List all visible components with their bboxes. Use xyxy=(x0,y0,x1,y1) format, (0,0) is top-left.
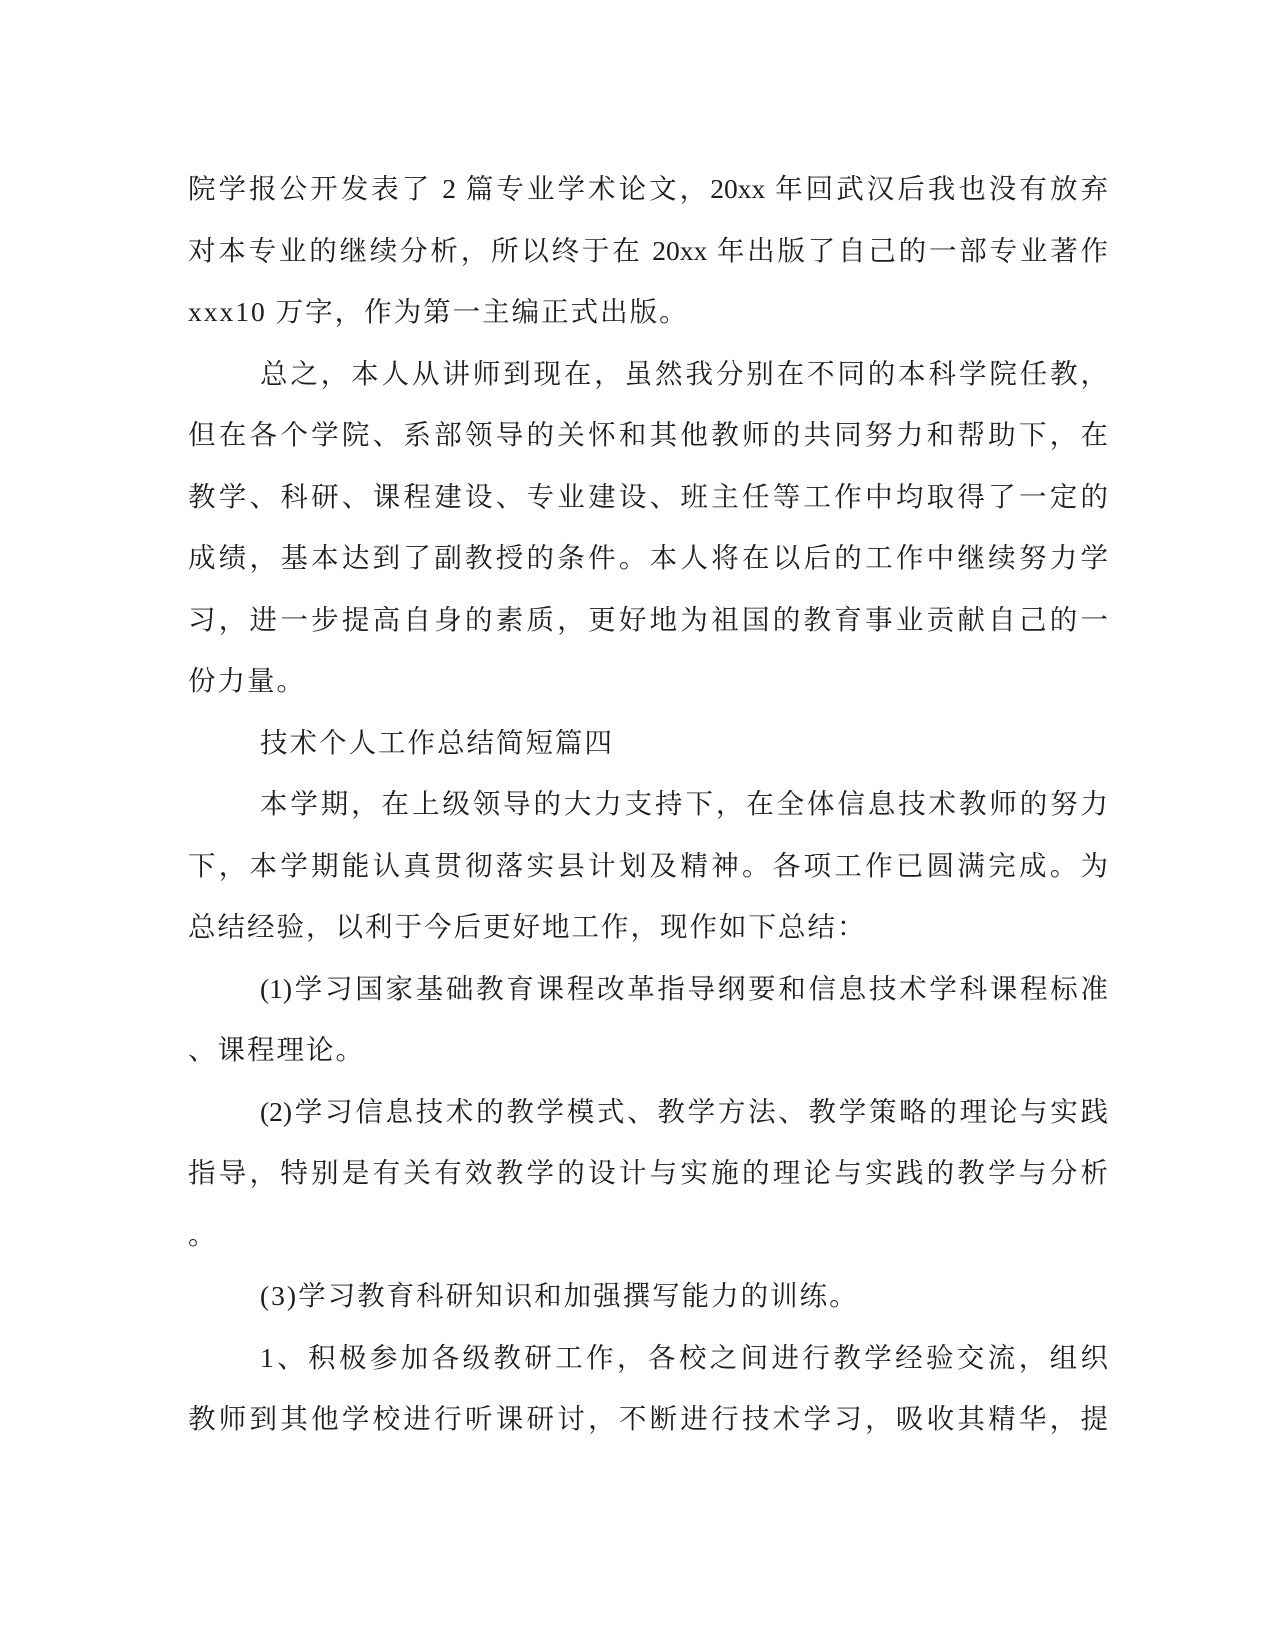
text-line: 教师到其他学校进行听课研讨，不断进行技术学习，吸收其精华，提 xyxy=(188,1388,1108,1450)
text-line: 习，进一步提高自身的素质，更好地为祖国的教育事业贡献自己的一 xyxy=(188,589,1108,651)
document-body: 院学报公开发表了 2 篇专业学术论文，20xx 年回武汉后我也没有放弃对本专业的… xyxy=(188,158,1108,1450)
text-line: 成绩，基本达到了副教授的条件。本人将在以后的工作中继续努力学 xyxy=(188,527,1108,589)
text-line: 份力量。 xyxy=(188,650,1108,712)
text-line: 指导，特别是有关有效教学的设计与实施的理论与实践的教学与分析 xyxy=(188,1142,1108,1204)
document-page: 院学报公开发表了 2 篇专业学术论文，20xx 年回武汉后我也没有放弃对本专业的… xyxy=(0,0,1275,1650)
text-line: 总结经验，以利于今后更好地工作，现作如下总结： xyxy=(188,896,1108,958)
text-line: 对本专业的继续分析，所以终于在 20xx 年出版了自己的一部专业著作 xyxy=(188,220,1108,282)
text-line: 、课程理论。 xyxy=(188,1019,1108,1081)
text-line: (3)学习教育科研知识和加强撰写能力的训练。 xyxy=(188,1265,1108,1327)
text-line: 本学期，在上级领导的大力支持下，在全体信息技术教师的努力 xyxy=(188,773,1108,835)
text-line: (2)学习信息技术的教学模式、教学方法、教学策略的理论与实践 xyxy=(188,1081,1108,1143)
text-line: 技术个人工作总结简短篇四 xyxy=(188,712,1108,774)
text-line: 总之，本人从讲师到现在，虽然我分别在不同的本科学院任教， xyxy=(188,343,1108,405)
text-line: xxx10 万字，作为第一主编正式出版。 xyxy=(188,281,1108,343)
text-line: 。 xyxy=(188,1204,1108,1266)
text-line: (1)学习国家基础教育课程改革指导纲要和信息技术学科课程标准 xyxy=(188,958,1108,1020)
text-line: 1、积极参加各级教研工作，各校之间进行教学经验交流，组织 xyxy=(188,1327,1108,1389)
text-line: 院学报公开发表了 2 篇专业学术论文，20xx 年回武汉后我也没有放弃 xyxy=(188,158,1108,220)
text-line: 下，本学期能认真贯彻落实县计划及精神。各项工作已圆满完成。为 xyxy=(188,835,1108,897)
text-line: 但在各个学院、系部领导的关怀和其他教师的共同努力和帮助下，在 xyxy=(188,404,1108,466)
text-line: 教学、科研、课程建设、专业建设、班主任等工作中均取得了一定的 xyxy=(188,466,1108,528)
